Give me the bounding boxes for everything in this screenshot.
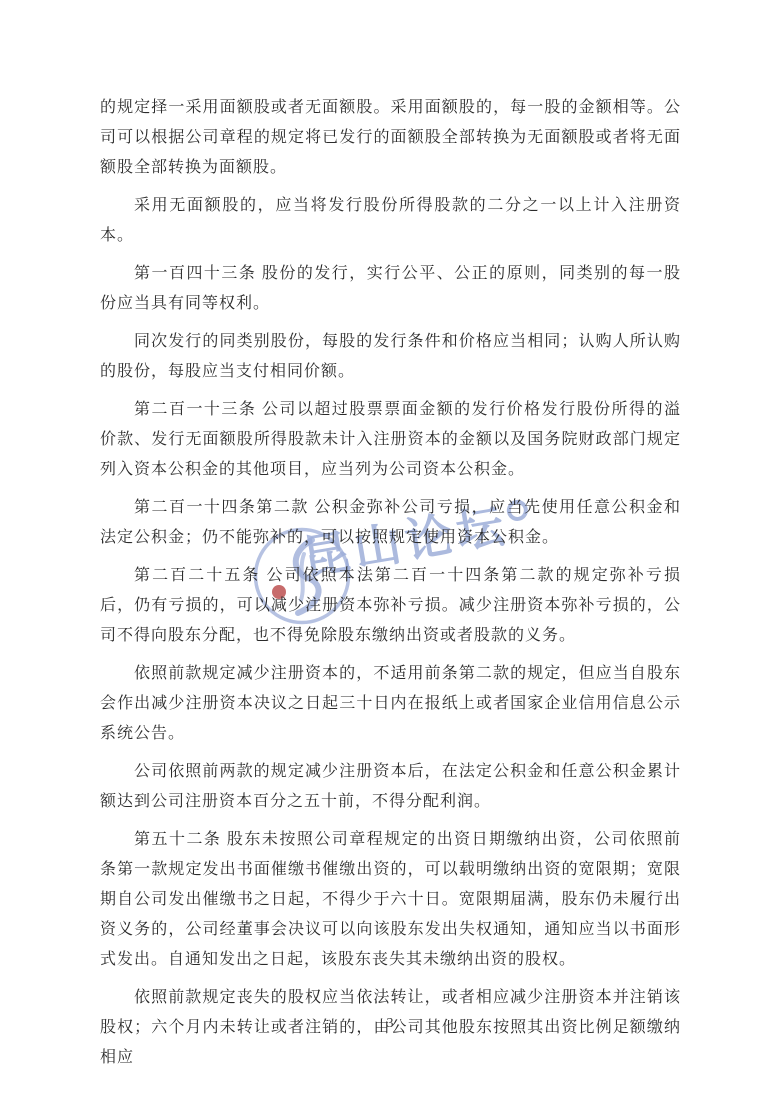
paragraph: 第二百一十三条 公司以超过股票票面金额的发行价格发行股份所得的溢价款、发行无面额… bbox=[100, 395, 681, 485]
paragraph: 的规定择一采用面额股或者无面额股。采用面额股的，每一股的金额相等。公司可以根据公… bbox=[100, 93, 681, 183]
document-page: 昆山论坛 的规定择一采用面额股或者无面额股。采用面额股的，每一股的金额相等。公司… bbox=[0, 0, 780, 1104]
paragraph: 第二百二十五条 公司依照本法第二百一十四条第二款的规定弥补亏损后，仍有亏损的，可… bbox=[100, 561, 681, 651]
paragraph: 第五十二条 股东未按照公司章程规定的出资日期缴纳出资，公司依照前条第一款规定发出… bbox=[100, 825, 681, 975]
paragraph: 同次发行的同类别股份，每股的发行条件和价格应当相同；认购人所认购的股份，每股应当… bbox=[100, 327, 681, 387]
paragraph: 采用无面额股的，应当将发行股份所得股款的二分之一以上计入注册资本。 bbox=[100, 191, 681, 251]
paragraph: 第一百四十三条 股份的发行，实行公平、公正的原则，同类别的每一股份应当具有同等权… bbox=[100, 259, 681, 319]
page-number: 3 bbox=[0, 1016, 780, 1032]
paragraph: 依照前款规定减少注册资本的，不适用前条第二款的规定，但应当自股东会作出减少注册资… bbox=[100, 659, 681, 749]
paragraph: 公司依照前两款的规定减少注册资本后，在法定公积金和任意公积金累计额达到公司注册资… bbox=[100, 757, 681, 817]
document-body: 的规定择一采用面额股或者无面额股。采用面额股的，每一股的金额相等。公司可以根据公… bbox=[100, 93, 681, 1081]
paragraph: 第二百一十四条第二款 公积金弥补公司亏损，应当先使用任意公积金和法定公积金；仍不… bbox=[100, 493, 681, 553]
